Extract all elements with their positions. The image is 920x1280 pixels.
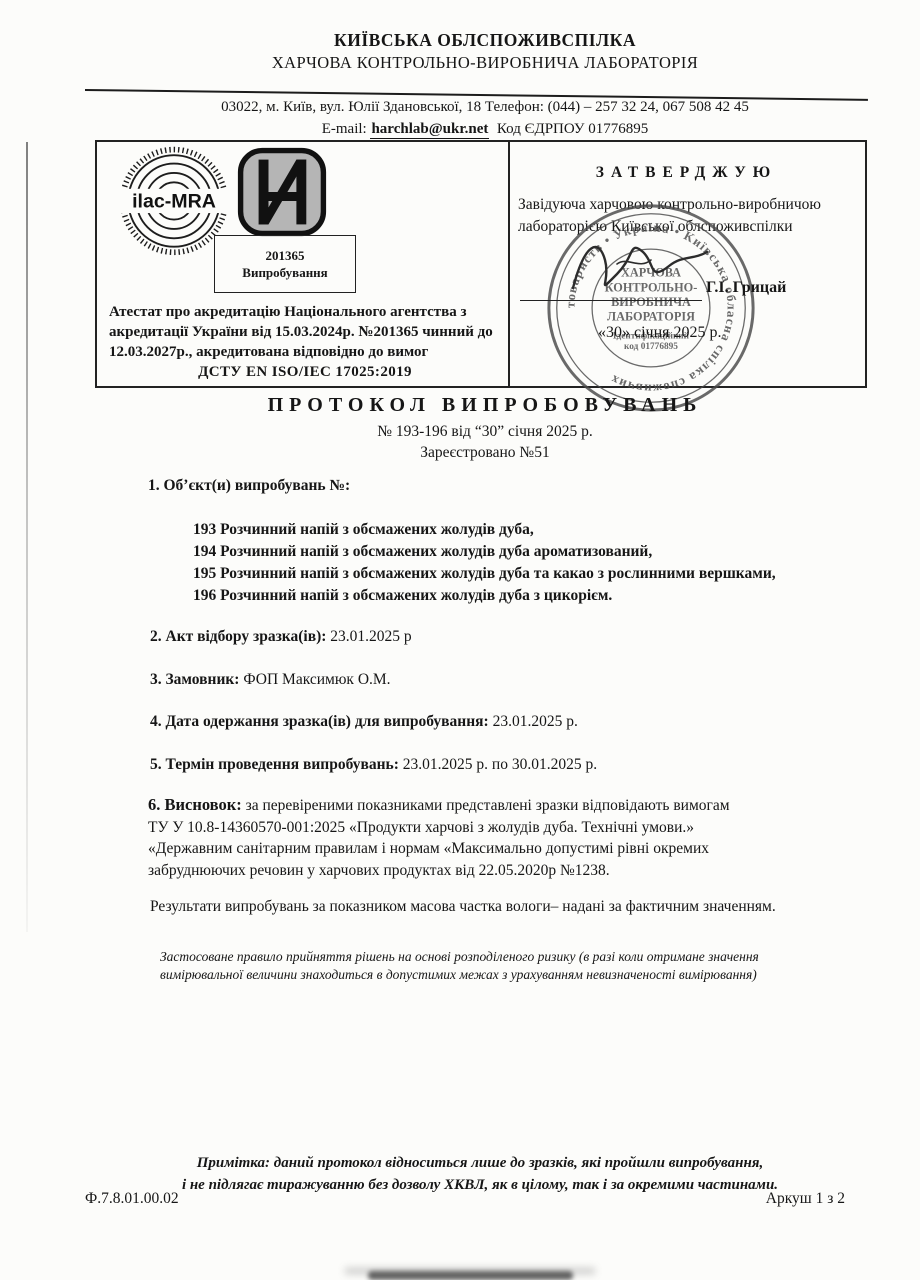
item3-row: 3. Замовник: ФОП Максимюк О.М. <box>150 671 391 689</box>
item1-heading: 1. Об’єкт(и) випробувань №: <box>148 477 350 495</box>
item5-value: 23.01.2025 р. по 30.01.2025 р. <box>399 756 597 773</box>
scan-artifact-smudge <box>368 1271 573 1280</box>
item4-value: 23.01.2025 р. <box>489 713 578 730</box>
approve-heading: ЗАТВЕРДЖУЮ <box>510 164 863 182</box>
signature-icon <box>565 230 715 305</box>
stamp-text-line: ЛАБОРАТОРІЯ <box>607 310 695 324</box>
risk-rule-line: Застосоване правило прийняття рішень на … <box>160 948 780 966</box>
stamp-text-line: код 01776895 <box>624 342 678 352</box>
lab-name: ХАРЧОВА КОНТРОЛЬНО-ВИРОБНИЧА ЛАБОРАТОРІЯ <box>90 53 880 73</box>
email-line: E-mail: harchlab@ukr.net Код ЄДРПОУ 0177… <box>90 121 880 138</box>
risk-rule-line: вимірювальної величини знаходиться в доп… <box>160 966 780 984</box>
approve-date: «30» січня 2025 р. <box>598 324 722 342</box>
sample-item: 193 Розчинний напій з обсмажених жолудів… <box>193 519 776 541</box>
item6-line2: ТУ У 10.8-14360570-001:2025 «Продукти ха… <box>148 817 788 839</box>
sample-list: 193 Розчинний напій з обсмажених жолудів… <box>193 519 776 607</box>
ilac-mra-label: ilac-MRA <box>132 190 216 212</box>
scan-artifact-line <box>26 142 28 932</box>
protocol-registered: Зареєстровано №51 <box>90 444 880 462</box>
accreditation-approval-box: ilac-MRA 201365 Випробування Атестат про… <box>95 140 867 388</box>
item3-label: 3. Замовник: <box>150 671 239 688</box>
item5-row: 5. Термін проведення випробувань: 23.01.… <box>150 756 597 774</box>
item6-line3: «Державним санітарним правилам і нормам … <box>148 838 788 860</box>
sample-item: 196 Розчинний напій з обсмажених жолудів… <box>193 585 776 607</box>
address-line: 03022, м. Київ, вул. Юлії Здановської, 1… <box>90 99 880 116</box>
signature-line <box>520 300 702 301</box>
accreditation-line: 12.03.2027р., акредитована відповідно до… <box>109 342 501 362</box>
risk-rule-note: Застосоване правило прийняття рішень на … <box>160 948 780 983</box>
sample-item: 195 Розчинний напій з обсмажених жолудів… <box>193 563 776 585</box>
item3-value: ФОП Максимюк О.М. <box>239 671 390 688</box>
footer-note-line: Примітка: даний протокол відноситься лиш… <box>130 1152 830 1174</box>
accreditation-text: Атестат про акредитацію Національного аг… <box>109 302 501 382</box>
email-value: harchlab@ukr.net <box>370 121 489 139</box>
item6-line4: забруднюючих речовин у харчових продукта… <box>148 860 788 882</box>
form-code: Ф.7.8.01.00.02 <box>85 1190 179 1208</box>
email-label: E-mail: <box>322 121 367 137</box>
sample-item: 194 Розчинний напій з обсмажених жолудів… <box>193 541 776 563</box>
approval-cell: ЗАТВЕРДЖУЮ Завідуюча харчовою контрольно… <box>510 142 863 386</box>
cert-scope: Випробування <box>242 265 327 280</box>
approver-name: Г.І. Грицай <box>706 279 786 297</box>
accreditation-line: акредитації України від 15.03.2024р. №20… <box>109 322 501 342</box>
item6-conclusion: 6. Висновок: за перевіреними показниками… <box>148 794 788 881</box>
result-note: Результати випробувань за показником мас… <box>150 898 776 916</box>
protocol-number: № 193-196 від “30” січня 2025 р. <box>90 423 880 441</box>
item2-value: 23.01.2025 р <box>326 628 411 645</box>
accreditation-standard: ДСТУ EN ISO/IEC 17025:2019 <box>109 362 501 382</box>
naau-logo-icon <box>237 147 327 237</box>
item2-label: 2. Акт відбору зразка(ів): <box>150 628 326 645</box>
sheet-number: Аркуш 1 з 2 <box>620 1190 845 1208</box>
accreditation-line: Атестат про акредитацію Національного аг… <box>109 302 501 322</box>
item2-row: 2. Акт відбору зразка(ів): 23.01.2025 р <box>150 628 412 646</box>
item6-line1: 6. Висновок: за перевіреними показниками… <box>148 794 788 817</box>
item6-text: за перевіреними показниками представлені… <box>242 797 730 814</box>
item4-label: 4. Дата одержання зразка(ів) для випробу… <box>150 713 489 730</box>
cert-number: 201365 <box>266 248 305 263</box>
item4-row: 4. Дата одержання зразка(ів) для випробу… <box>150 713 578 731</box>
item6-label: 6. Висновок: <box>148 795 242 814</box>
org-name: КИЇВСЬКА ОБЛСПОЖИВСПІЛКА <box>90 30 880 51</box>
cert-number-box: 201365 Випробування <box>214 235 356 293</box>
document-page: КИЇВСЬКА ОБЛСПОЖИВСПІЛКА ХАРЧОВА КОНТРОЛ… <box>0 0 920 1280</box>
edrpou-code: Код ЄДРПОУ 01776895 <box>497 121 648 137</box>
protocol-title: ПРОТОКОЛ ВИПРОБОВУВАНЬ <box>90 394 880 417</box>
item5-label: 5. Термін проведення випробувань: <box>150 756 399 773</box>
